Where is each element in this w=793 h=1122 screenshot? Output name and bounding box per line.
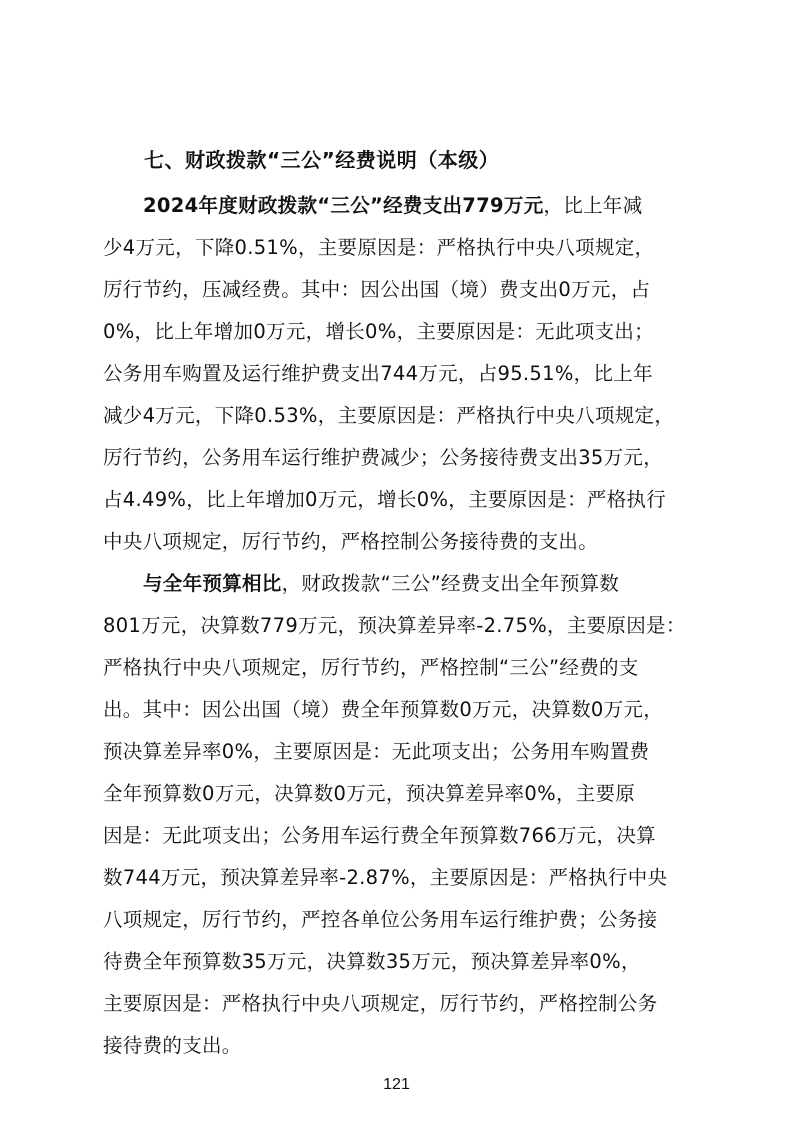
text-line: 厉行节约，压减经费。其中：因公出国（境）费支出0万元，占 [103, 274, 693, 302]
text-line: 待费全年预算数35万元，决算数35万元，预决算差异率0%， [103, 946, 693, 974]
text-line: 数744万元，预决算差异率-2.87%，主要原因是：严格执行中央 [103, 862, 693, 890]
text-line: 接待费的支出。 [103, 1030, 693, 1058]
text-line: 减少4万元，下降0.53%，主要原因是：严格执行中央八项规定， [103, 400, 693, 428]
bold-lead: 与全年预算相比 [143, 572, 282, 595]
text-line: 预决算差异率0%，主要原因是：无此项支出；公务用车购置费 [103, 736, 693, 764]
text-line: 2024年度财政拨款“三公”经费支出779万元，比上年减 [143, 190, 693, 218]
text-line: 中央八项规定，厉行节约，严格控制公务接待费的支出。 [103, 526, 693, 554]
text-line: 少4万元，下降0.51%，主要原因是：严格执行中央八项规定， [103, 232, 693, 260]
text-line: 八项规定，厉行节约，严控各单位公务用车运行维护费；公务接 [103, 904, 693, 932]
text-line: 因是：无此项支出；公务用车运行费全年预算数766万元，决算 [103, 820, 693, 848]
text-line: 公务用车购置及运行维护费支出744万元，占95.51%，比上年 [103, 358, 693, 386]
bold-lead: 2024年度财政拨款“三公”经费支出779万元 [143, 194, 544, 217]
text-line: 厉行节约，公务用车运行维护费减少；公务接待费支出35万元， [103, 442, 693, 470]
text-line: 801万元，决算数779万元，预决算差异率-2.75%，主要原因是： [103, 610, 693, 638]
text-line: 全年预算数0万元，决算数0万元，预决算差异率0%，主要原 [103, 778, 693, 806]
text-line: 与全年预算相比，财政拨款“三公”经费支出全年预算数 [143, 568, 693, 596]
text-line: 出。其中：因公出国（境）费全年预算数0万元，决算数0万元， [103, 694, 693, 722]
text-line: 0%，比上年增加0万元，增长0%，主要原因是：无此项支出； [103, 316, 693, 344]
page-number: 121 [0, 1076, 793, 1094]
text-line: 主要原因是：严格执行中央八项规定，厉行节约，严格控制公务 [103, 988, 693, 1016]
text-line: 严格执行中央八项规定，厉行节约，严格控制“三公”经费的支 [103, 652, 693, 680]
section-heading: 七、财政拨款“三公”经费说明（本级） [144, 144, 499, 173]
text-line: 占4.49%，比上年增加0万元，增长0%，主要原因是：严格执行 [103, 484, 693, 512]
